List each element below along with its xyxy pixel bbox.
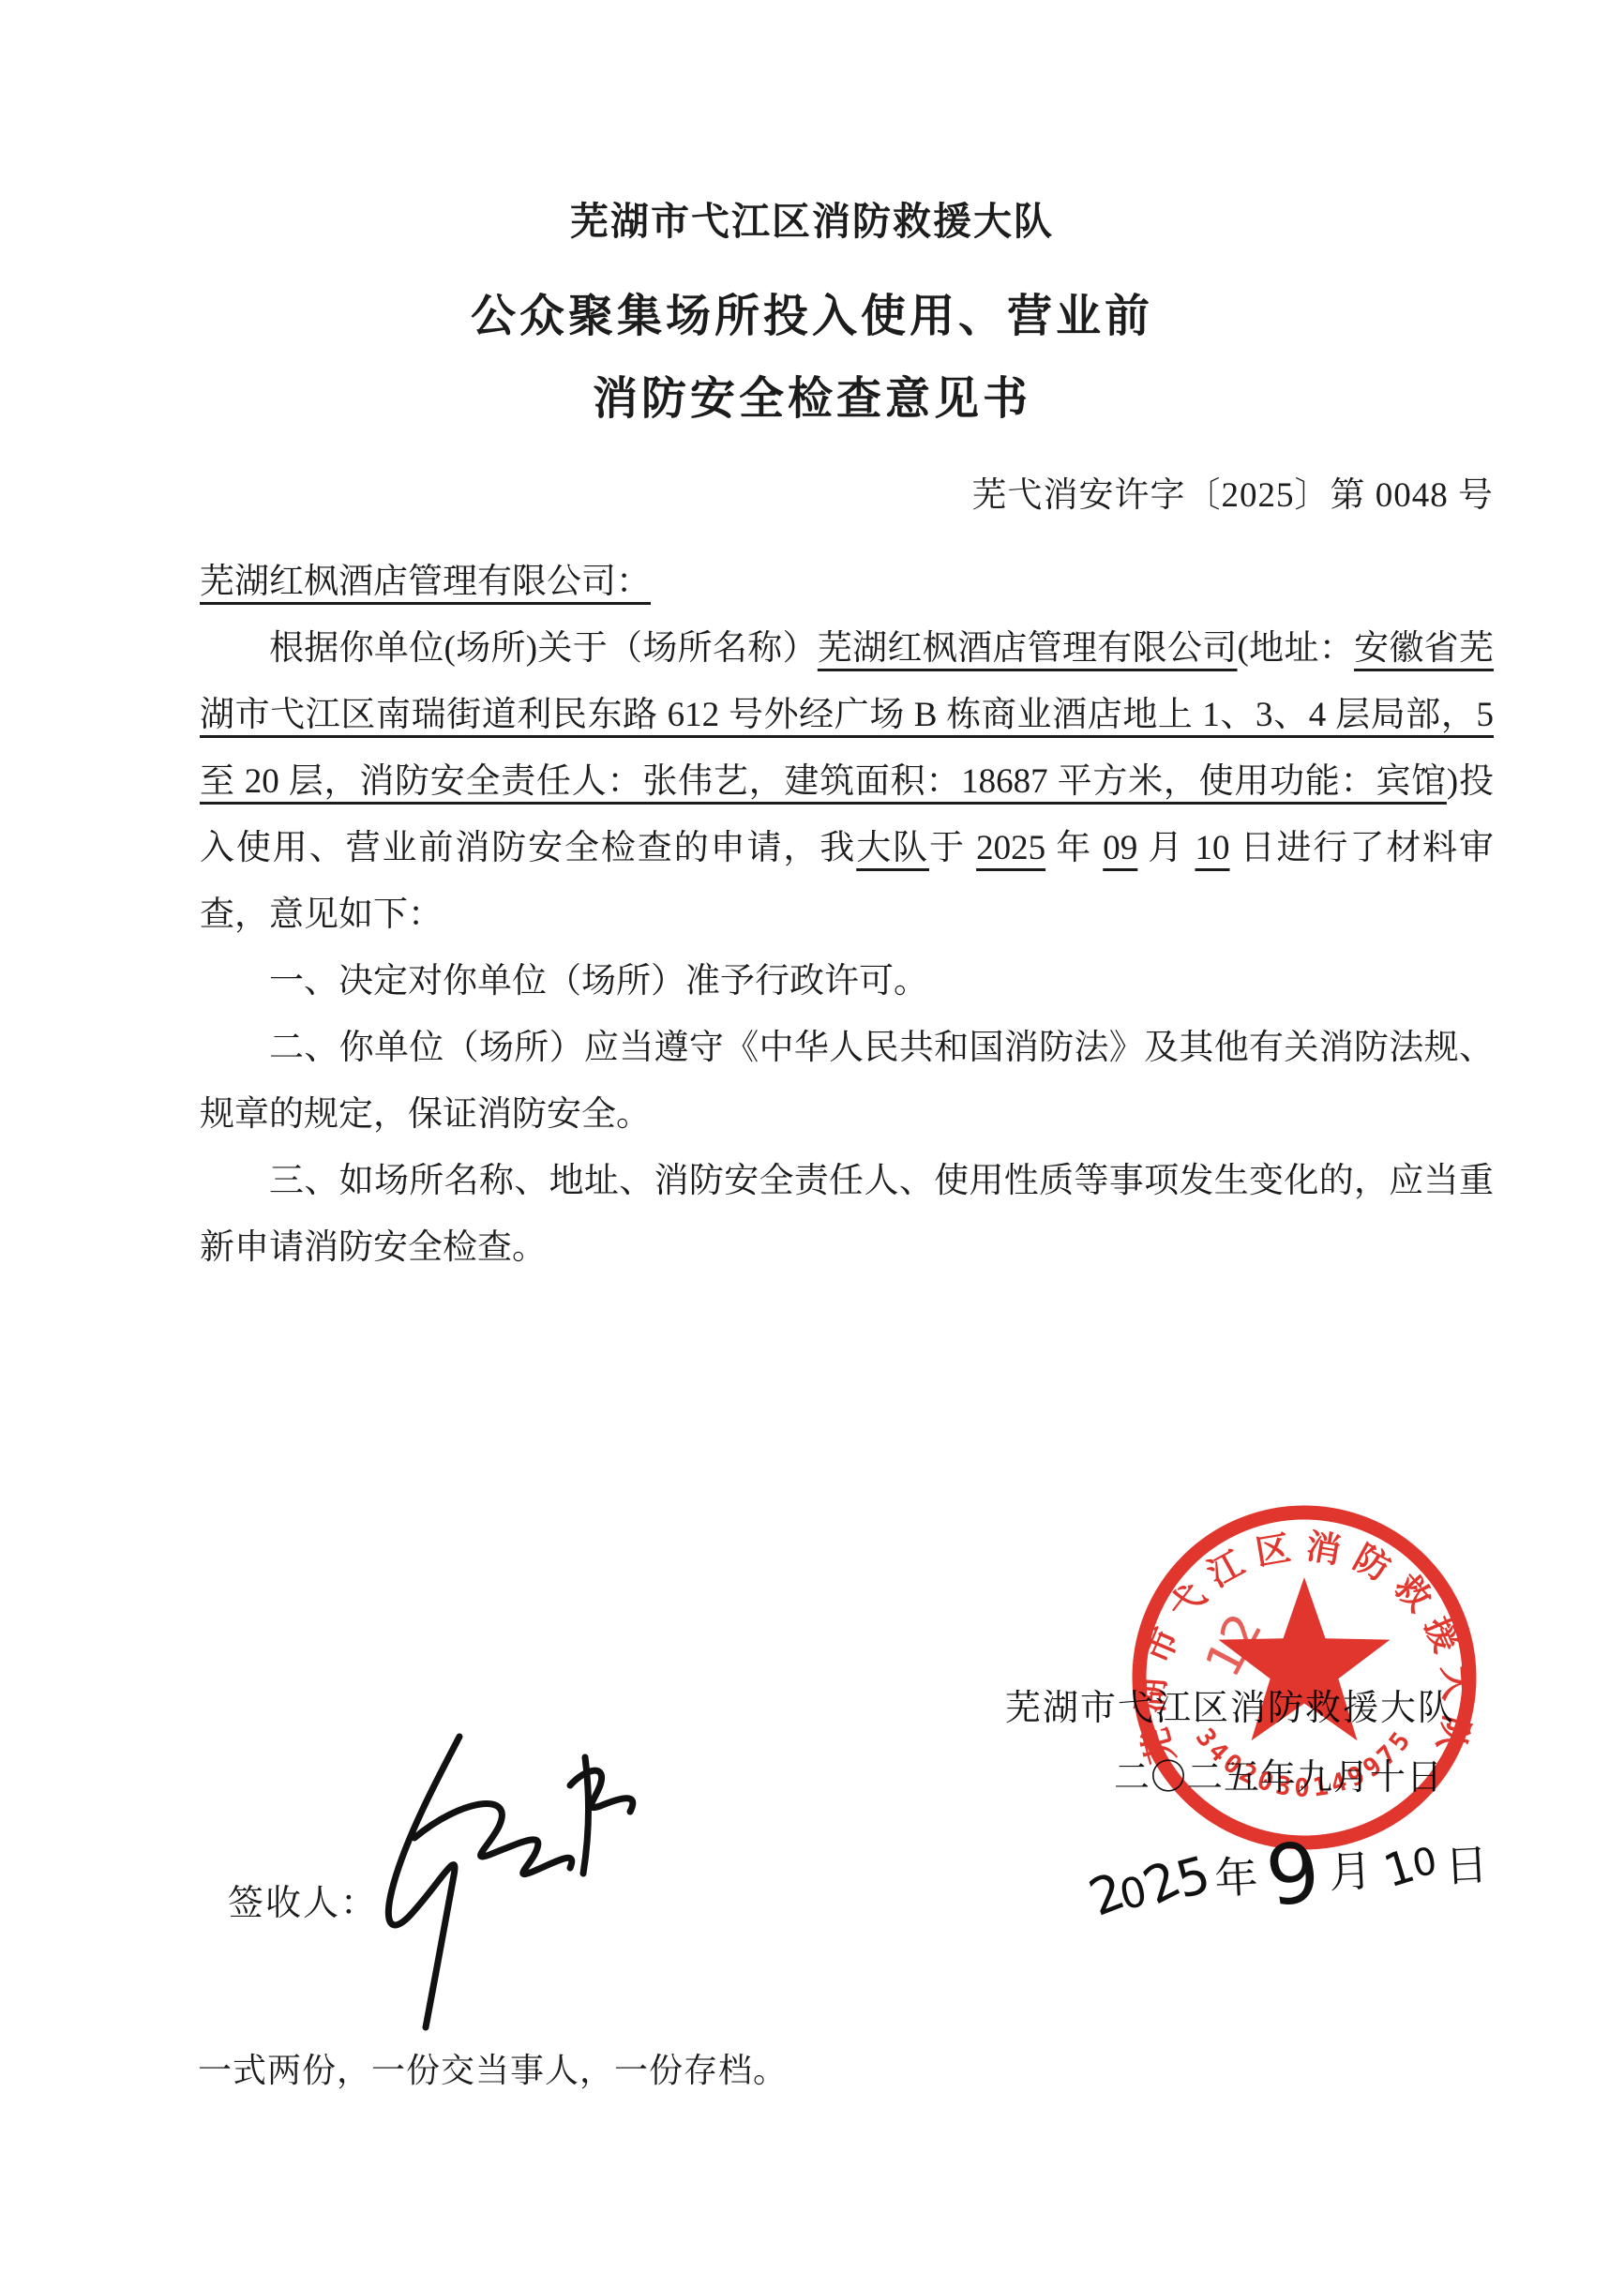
official-seal: 芜湖市弋江区消防救援大队 3402030149975 12 <box>1123 1497 1485 1859</box>
seal-inner-mark: 12 <box>1195 1605 1274 1687</box>
underlined-field-value: 09 <box>1103 829 1137 867</box>
document-title-line1: 公众聚集场所投入使用、营业前 <box>0 279 1624 344</box>
document-title-line2: 消防安全检查意见书 <box>0 362 1624 427</box>
seal-code: 3402030149975 <box>1190 1724 1419 1803</box>
opinion-item-1: 一、决定对你单位（场所）准予行政许可。 <box>200 948 1494 1015</box>
opinion-item-2: 二、你单位（场所）应当遵守《中华人民共和国消防法》及其他有关消防法规、规章的规定… <box>200 1015 1494 1148</box>
document-number: 芜弋消安许字〔2025〕第 0048 号 <box>972 466 1495 517</box>
svg-text:3402030149975: 3402030149975 <box>1190 1724 1419 1803</box>
handwritten-signature <box>349 1725 677 2035</box>
issuing-authority-header: 芜湖市弋江区消防救援大队 <box>0 190 1624 246</box>
underlined-field-value: 2025 <box>976 829 1045 867</box>
footer-note: 一式两份，一份交当事人，一份存档。 <box>198 2044 788 2092</box>
addressee-name: 芜湖红枫酒店管理有限公司： <box>200 563 651 601</box>
body-text: 根据你单位(场所)关于（场所名称） <box>269 629 818 668</box>
body-paragraph-1: 根据你单位(场所)关于（场所名称）芜湖红枫酒店管理有限公司(地址：安徽省芜湖市弋… <box>200 615 1494 948</box>
body-text: 月 <box>1137 829 1195 867</box>
opinion-item-3: 三、如场所名称、地址、消防安全责任人、使用性质等事项发生变化的，应当重新申请消防… <box>200 1148 1494 1281</box>
addressee: 芜湖红枫酒店管理有限公司： <box>200 549 1494 615</box>
body-text: 年 <box>1045 829 1103 867</box>
body-text: (地址： <box>1238 629 1355 668</box>
underlined-field-value: 大队 <box>856 829 929 867</box>
underlined-field-value: 芜湖红枫酒店管理有限公司 <box>818 629 1238 668</box>
fire-safety-inspection-document: 芜湖市弋江区消防救援大队 公众聚集场所投入使用、营业前 消防安全检查意见书 芜弋… <box>0 0 1624 2273</box>
underlined-field-value: 10 <box>1195 829 1229 867</box>
document-body: 芜湖红枫酒店管理有限公司： 根据你单位(场所)关于（场所名称）芜湖红枫酒店管理有… <box>200 549 1494 1281</box>
body-text: 于 <box>929 829 976 867</box>
